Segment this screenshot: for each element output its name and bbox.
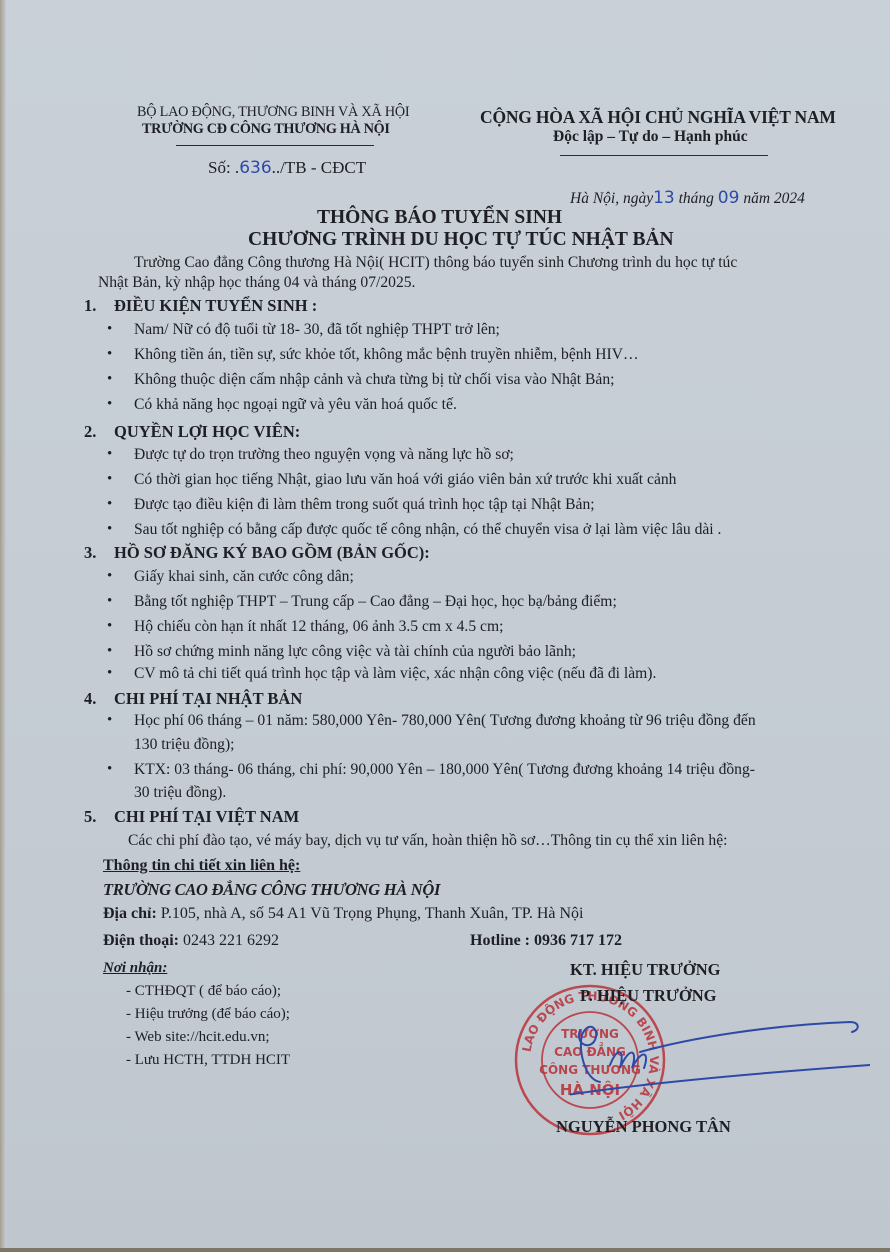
section-title: HỒ SƠ ĐĂNG KÝ BAO GỒM (BẢN GỐC): xyxy=(114,543,430,562)
paper-edge xyxy=(0,0,6,1252)
list-item: Không thuộc diện cấm nhập cảnh và chưa t… xyxy=(134,371,614,389)
phone-value: 0243 221 6292 xyxy=(179,932,279,949)
contact-address: Địa chỉ: P.105, nhà A, số 54 A1 Vũ Trọng… xyxy=(103,905,584,923)
date-month-label: tháng xyxy=(675,190,718,207)
date-month: 09 xyxy=(718,188,740,208)
list-item: Được tự do trọn trường theo nguyện vọng … xyxy=(134,446,514,464)
section-number: 1. xyxy=(84,296,114,316)
signature-title: KT. HIỆU TRƯỞNG xyxy=(570,960,721,980)
section-number: 2. xyxy=(84,422,114,442)
document-subtitle: CHƯƠNG TRÌNH DU HỌC TỰ TÚC NHẬT BẢN xyxy=(248,229,674,251)
contact-phone: Điện thoại: 0243 221 6292 xyxy=(103,932,279,950)
recipients-heading: Nơi nhận: xyxy=(103,960,167,977)
section-title: CHI PHÍ TẠI VIỆT NAM xyxy=(114,807,299,826)
header-divider xyxy=(176,145,374,146)
signatory-name: NGUYỄN PHONG TÂN xyxy=(556,1117,731,1137)
contact-hotline: Hotline : 0936 717 172 xyxy=(470,932,622,950)
recipient-item: - Hiệu trưởng (để báo cáo); xyxy=(126,1006,290,1023)
phone-label: Điện thoại: xyxy=(103,932,179,949)
section-1-heading: 1.ĐIỀU KIỆN TUYỂN SINH : xyxy=(84,296,317,316)
nation-name: CỘNG HÒA XÃ HỘI CHỦ NGHĨA VIỆT NAM xyxy=(480,107,836,128)
section-4-heading: 4.CHI PHÍ TẠI NHẬT BẢN xyxy=(84,689,302,709)
address-label: Địa chỉ: xyxy=(103,905,157,922)
doc-no-suffix: ../TB - CĐCT xyxy=(272,158,366,177)
ministry-name: BỘ LAO ĐỘNG, THƯƠNG BINH VÀ XÃ HỘI xyxy=(137,104,409,121)
section-title: QUYỀN LỢI HỌC VIÊN: xyxy=(114,422,300,441)
list-item-continuation: 30 triệu đồng). xyxy=(134,784,226,802)
list-item: Hồ sơ chứng minh năng lực công việc và t… xyxy=(134,643,576,661)
date-year: năm 2024 xyxy=(739,190,804,207)
list-item: Được tạo điều kiện đi làm thêm trong suố… xyxy=(134,496,595,514)
intro-line-2: Nhật Bản, kỳ nhập học tháng 04 và tháng … xyxy=(98,274,415,292)
signature-subtitle: P. HIỆU TRƯỞNG xyxy=(580,986,716,1006)
contact-heading: Thông tin chi tiết xin liên hệ: xyxy=(103,857,300,875)
section-number: 3. xyxy=(84,543,114,563)
recipient-item: - Lưu HCTH, TTDH HCIT xyxy=(126,1052,290,1069)
hotline-value: 0936 717 172 xyxy=(530,932,622,949)
section-number: 5. xyxy=(84,807,114,827)
paper-edge-bottom xyxy=(0,1248,890,1252)
section-title: CHI PHÍ TẠI NHẬT BẢN xyxy=(114,689,302,708)
list-item: Hộ chiếu còn hạn ít nhất 12 tháng, 06 ản… xyxy=(134,618,503,636)
section-number: 4. xyxy=(84,689,114,709)
handwritten-signature-icon xyxy=(570,1010,870,1110)
section-5-text: Các chi phí đào tạo, vé máy bay, dịch vụ… xyxy=(128,832,727,850)
list-item: Có khả năng học ngoại ngữ và yêu văn hoá… xyxy=(134,396,457,414)
list-item: Bằng tốt nghiệp THPT – Trung cấp – Cao đ… xyxy=(134,593,617,611)
list-item: KTX: 03 tháng- 06 tháng, chi phí: 90,000… xyxy=(134,761,755,779)
list-item: Sau tốt nghiệp có bằng cấp được quốc tế … xyxy=(134,521,721,539)
list-item: CV mô tả chi tiết quá trình học tập và l… xyxy=(134,665,656,683)
recipient-item: - Web site://hcit.edu.vn; xyxy=(126,1029,270,1046)
document-number: Số: .636../TB - CĐCT xyxy=(208,158,366,178)
list-item: Học phí 06 tháng – 01 năm: 580,000 Yên- … xyxy=(134,712,756,730)
issue-date: Hà Nội, ngày13 tháng 09 năm 2024 xyxy=(570,188,805,208)
hotline-label: Hotline : xyxy=(470,932,530,949)
motto-divider xyxy=(560,155,768,156)
school-name: TRƯỜNG CĐ CÔNG THƯƠNG HÀ NỘI xyxy=(142,121,390,138)
date-day: 13 xyxy=(653,188,675,208)
section-5-heading: 5.CHI PHÍ TẠI VIỆT NAM xyxy=(84,807,299,827)
list-item: Có thời gian học tiếng Nhật, giao lưu vă… xyxy=(134,471,676,489)
doc-no-handwritten: 636 xyxy=(239,158,271,178)
doc-no-prefix: Số: . xyxy=(208,158,239,177)
list-item: Nam/ Nữ có độ tuổi từ 18- 30, đã tốt ngh… xyxy=(134,321,500,339)
section-2-heading: 2.QUYỀN LỢI HỌC VIÊN: xyxy=(84,422,300,442)
national-motto: Độc lập – Tự do – Hạnh phúc xyxy=(553,128,748,146)
address-value: P.105, nhà A, số 54 A1 Vũ Trọng Phụng, T… xyxy=(157,905,584,922)
list-item-continuation: 130 triệu đồng); xyxy=(134,736,234,754)
contact-school: TRƯỜNG CAO ĐẲNG CÔNG THƯƠNG HÀ NỘI xyxy=(103,880,440,900)
list-item: Không tiền án, tiền sự, sức khỏe tốt, kh… xyxy=(134,346,639,364)
date-prefix: Hà Nội, ngày xyxy=(570,190,653,207)
list-item: Giấy khai sinh, căn cước công dân; xyxy=(134,568,354,586)
intro-line-1: Trường Cao đẳng Công thương Hà Nội( HCIT… xyxy=(134,254,737,272)
section-title: ĐIỀU KIỆN TUYỂN SINH : xyxy=(114,296,317,315)
recipient-item: - CTHĐQT ( để báo cáo); xyxy=(126,983,281,1000)
document-title: THÔNG BÁO TUYỂN SINH xyxy=(317,207,562,229)
section-3-heading: 3.HỒ SƠ ĐĂNG KÝ BAO GỒM (BẢN GỐC): xyxy=(84,543,430,563)
